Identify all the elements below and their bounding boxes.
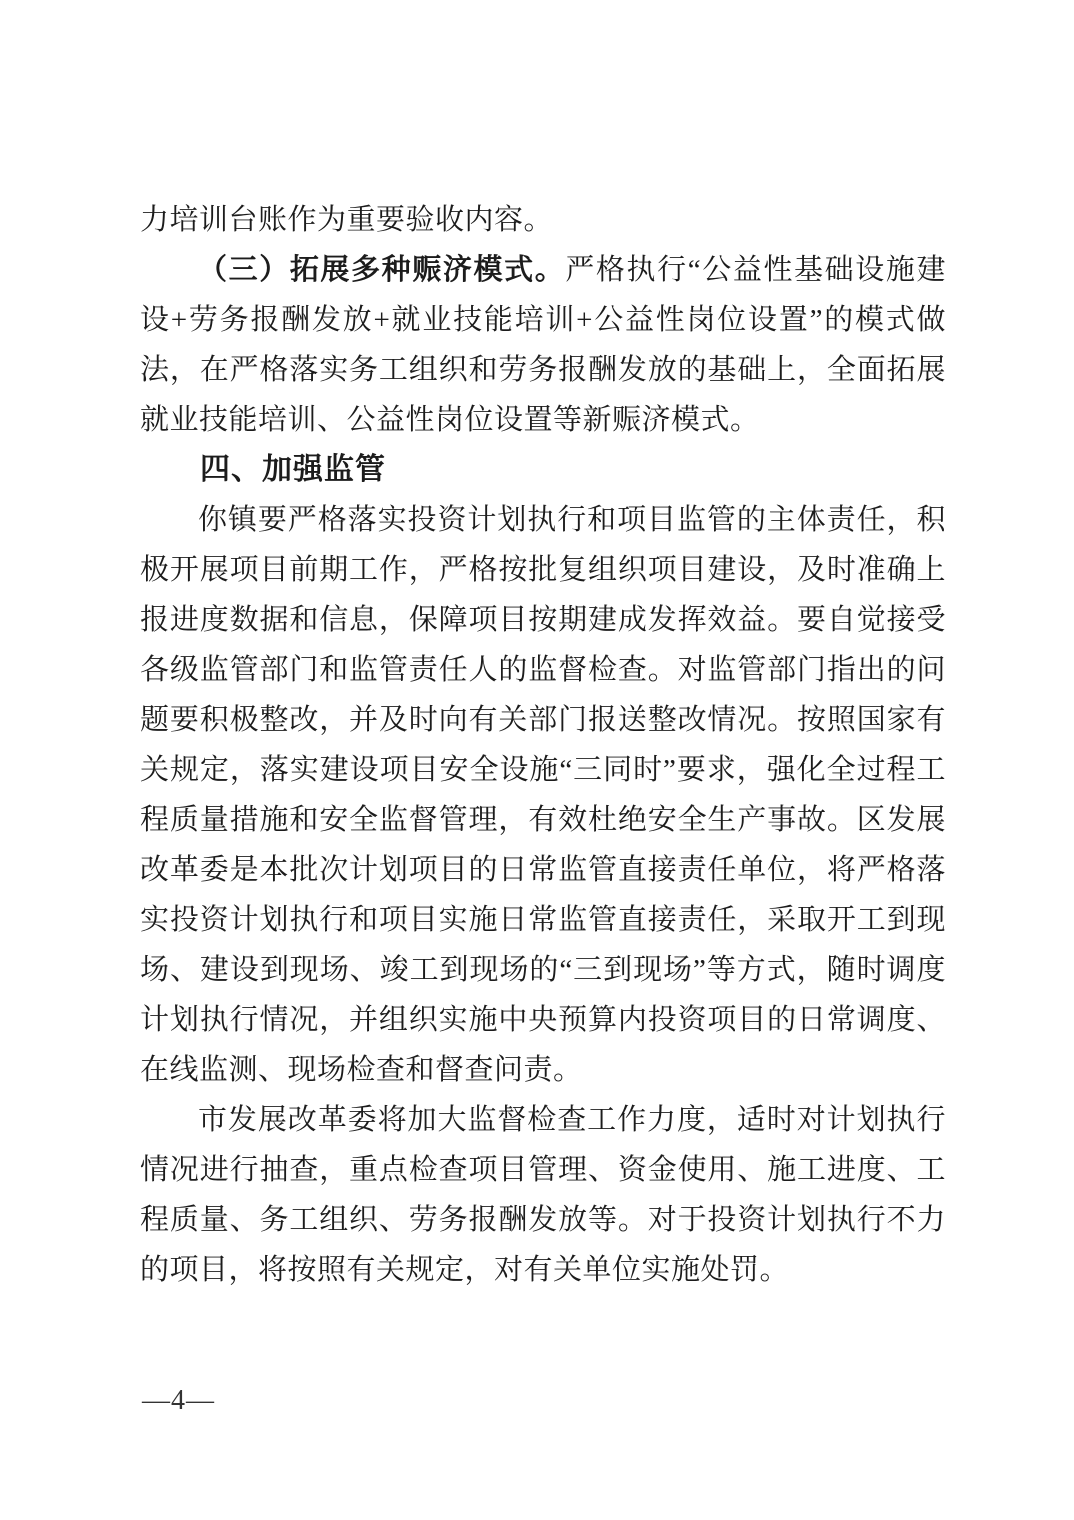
document-body: 力培训台账作为重要验收内容。 （三）拓展多种赈济模式。严格执行“公益性基础设施建… — [140, 195, 946, 1295]
section-heading-supervision: 四、加强监管 — [140, 445, 946, 495]
paragraph-item3-heading: （三）拓展多种赈济模式。 — [198, 254, 565, 286]
paragraph-supervision-2: 市发展改革委将加大监督检查工作力度，适时对计划执行情况进行抽查，重点检查项目管理… — [140, 1095, 946, 1295]
page-number: —4— — [142, 1385, 215, 1417]
paragraph-supervision-1: 你镇要严格落实投资计划执行和项目监管的主体责任，积极开展项目前期工作，严格按批复… — [140, 495, 946, 1095]
paragraph-continuation: 力培训台账作为重要验收内容。 — [140, 195, 946, 245]
document-page: 力培训台账作为重要验收内容。 （三）拓展多种赈济模式。严格执行“公益性基础设施建… — [0, 0, 1074, 1520]
paragraph-item3: （三）拓展多种赈济模式。严格执行“公益性基础设施建设+劳务报酬发放+就业技能培训… — [140, 245, 946, 445]
